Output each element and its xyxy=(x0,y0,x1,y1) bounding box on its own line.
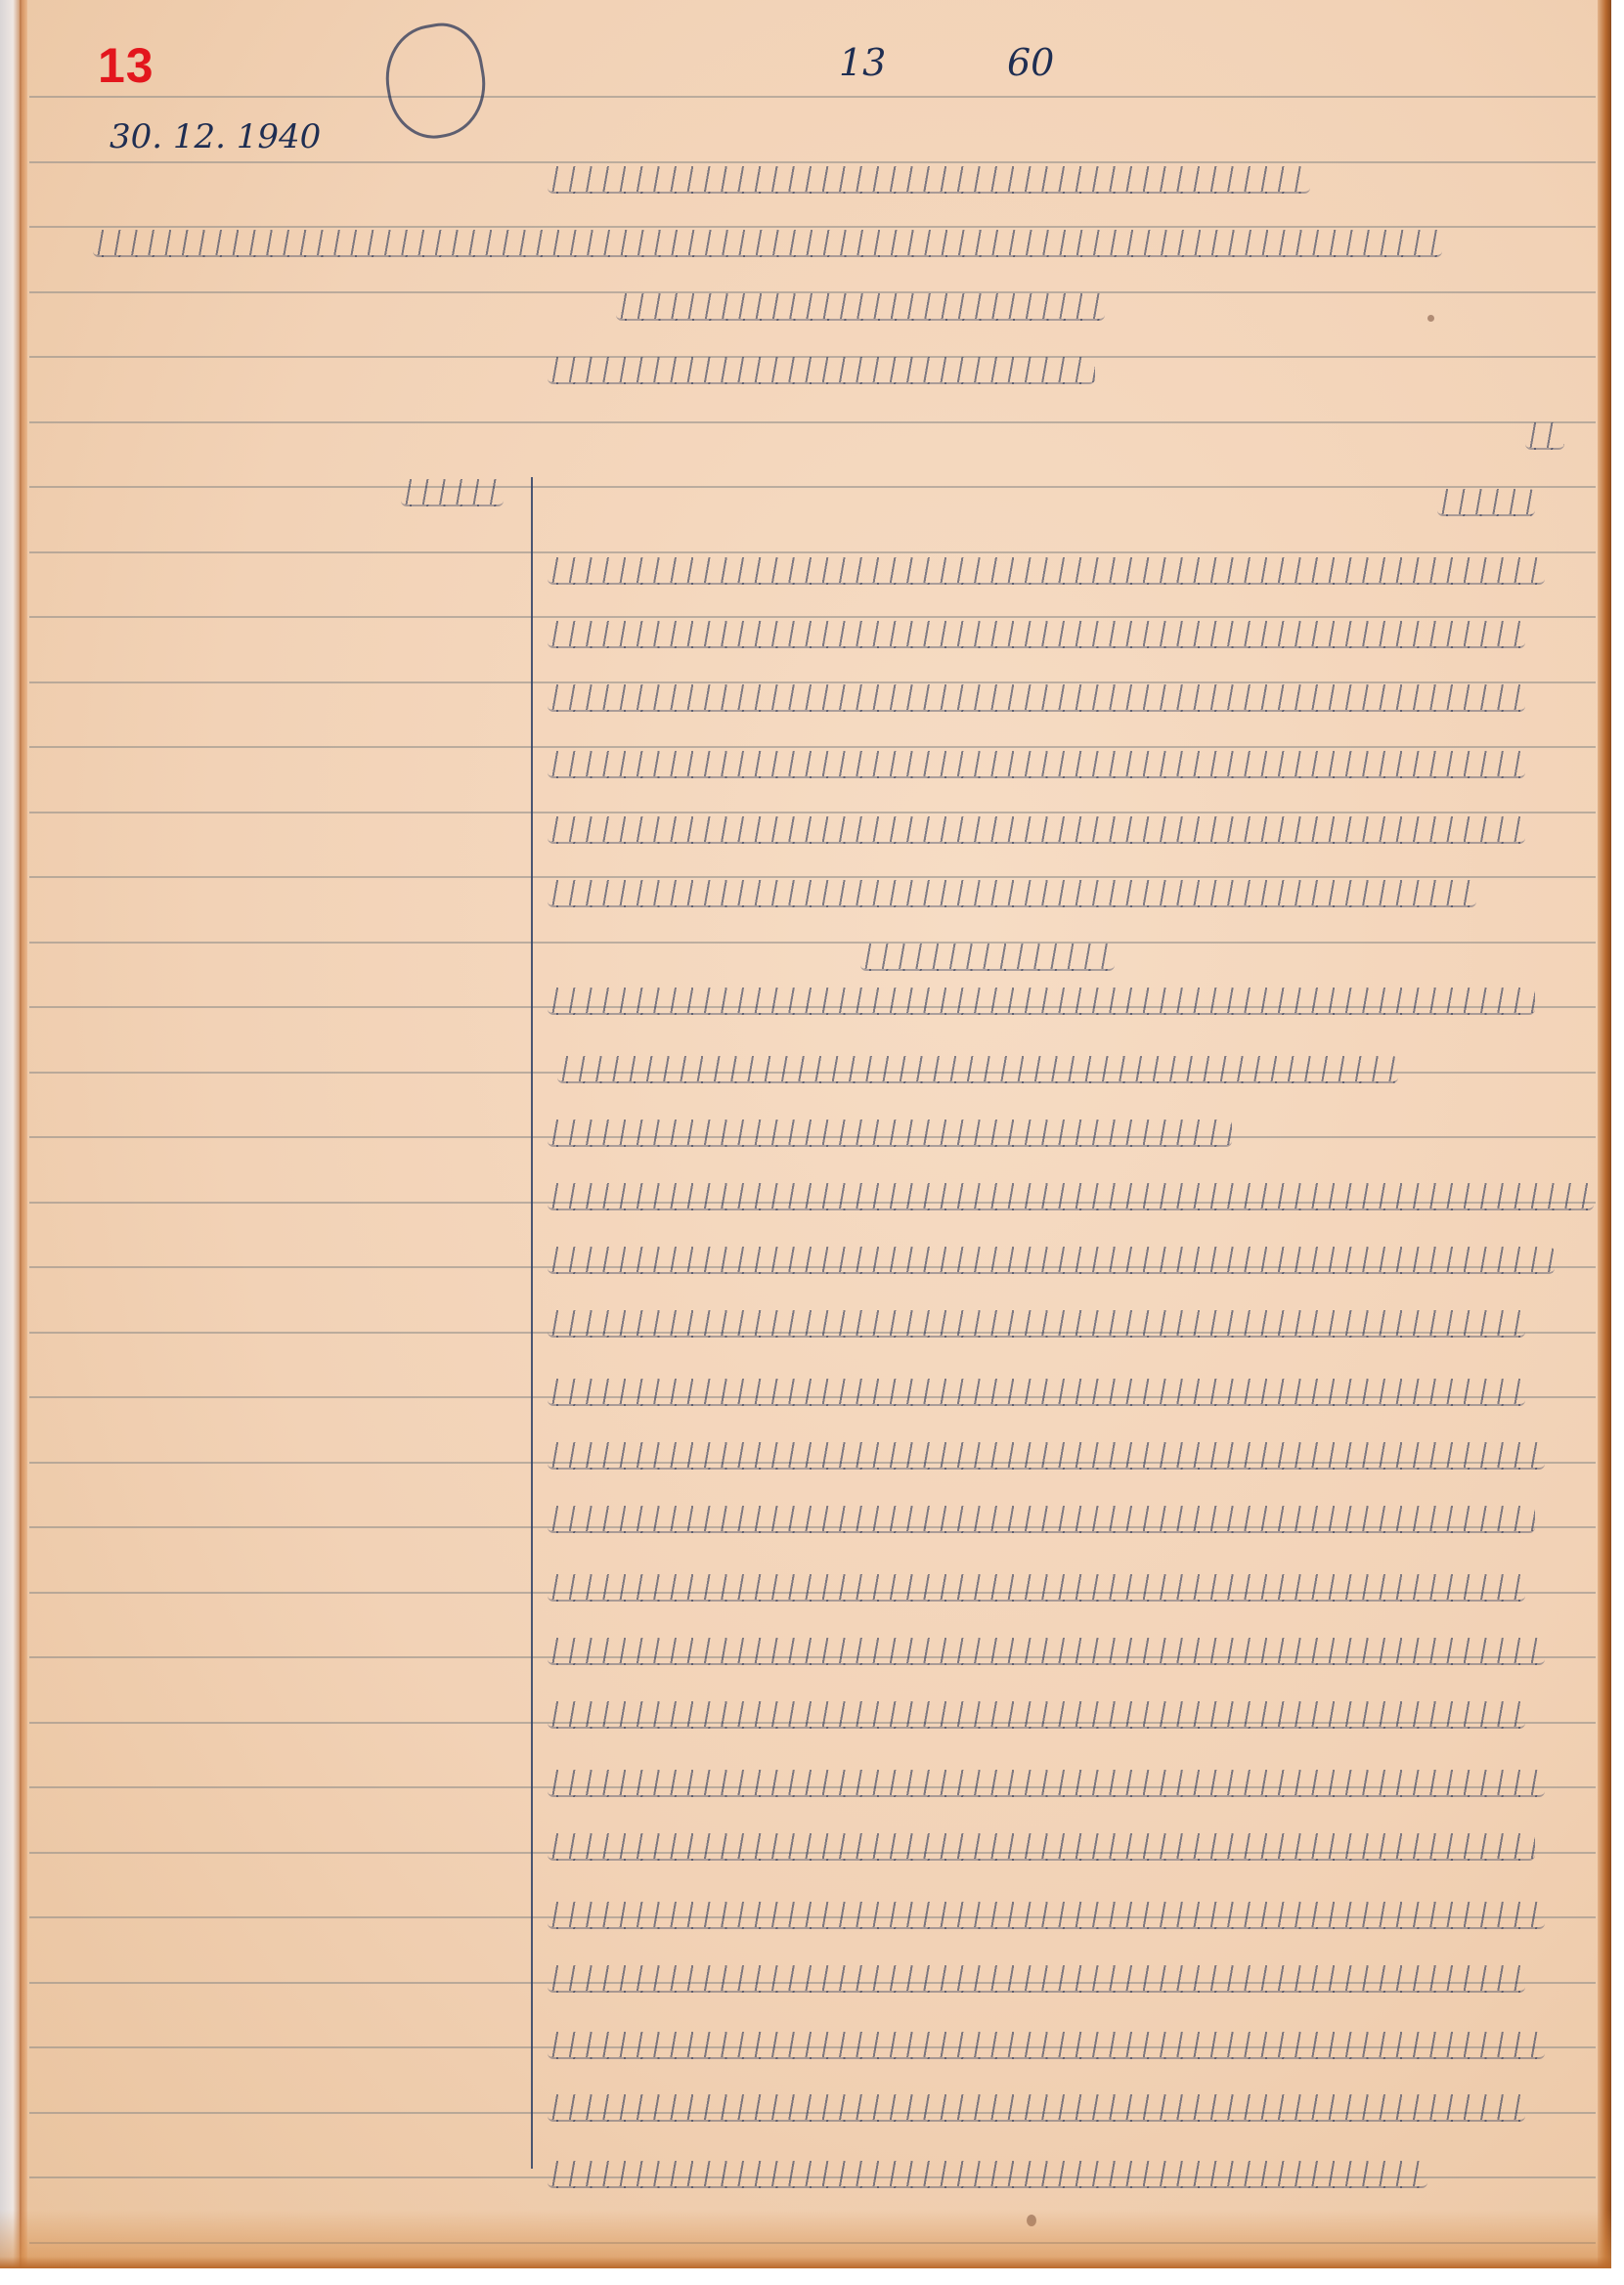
handwritten-line xyxy=(548,1247,1555,1274)
ruled-line xyxy=(29,942,1596,944)
ruled-line xyxy=(29,421,1596,423)
handwritten-line xyxy=(557,1056,1398,1083)
handwritten-line xyxy=(548,621,1525,648)
notebook-page: 13 30. 12. 1940 13 60 xyxy=(0,0,1611,2268)
page-number-stamp: 13 xyxy=(98,37,154,94)
handwritten-line xyxy=(548,988,1535,1015)
handwritten-line xyxy=(548,751,1525,778)
ruled-line xyxy=(29,746,1596,748)
handwritten-line xyxy=(548,1638,1545,1665)
handwritten-line xyxy=(548,880,1476,907)
ruled-line xyxy=(29,876,1596,878)
handwritten-line xyxy=(548,1120,1232,1147)
handwritten-line xyxy=(548,1833,1535,1861)
handwritten-line xyxy=(548,1506,1535,1533)
binding-strip xyxy=(20,0,27,2268)
date: 30. 12. 1940 xyxy=(110,117,321,156)
handwritten-line xyxy=(548,816,1525,844)
ruled-line xyxy=(29,96,1596,98)
page-right-edge xyxy=(1598,0,1611,2268)
ruled-line xyxy=(29,226,1596,228)
ruled-line xyxy=(29,486,1596,488)
handwritten-line xyxy=(548,557,1545,585)
handwritten-line xyxy=(548,684,1525,712)
header-number: 60 xyxy=(1007,41,1054,84)
margin-line xyxy=(531,477,533,2169)
handwritten-line xyxy=(548,1379,1525,1406)
handwritten-line xyxy=(548,2032,1545,2059)
handwritten-line xyxy=(616,293,1105,321)
handwritten-line xyxy=(548,1183,1594,1210)
ink-spot xyxy=(1427,315,1434,322)
handwritten-line xyxy=(548,1442,1545,1470)
ruled-line xyxy=(29,616,1596,618)
page-bottom-edge xyxy=(0,2210,1611,2268)
handwritten-line xyxy=(548,1902,1545,1929)
handwritten-line xyxy=(548,2094,1525,2122)
handwritten-line xyxy=(548,1965,1525,1993)
handwritten-line xyxy=(401,479,504,506)
header-flourish xyxy=(377,17,495,146)
ruled-line xyxy=(29,812,1596,813)
page-left-edge xyxy=(0,0,22,2268)
handwritten-line xyxy=(548,1701,1525,1729)
ruled-line xyxy=(29,161,1596,163)
handwritten-line xyxy=(1525,422,1564,450)
handwritten-line xyxy=(93,230,1442,257)
handwritten-line xyxy=(548,1310,1525,1338)
handwritten-line xyxy=(548,166,1310,194)
handwritten-line xyxy=(548,1574,1525,1602)
handwritten-line xyxy=(1437,489,1535,516)
handwritten-line xyxy=(548,357,1095,384)
meeting-number: 13 xyxy=(839,41,886,84)
ruled-line xyxy=(29,551,1596,553)
handwritten-line xyxy=(548,2161,1427,2188)
ruled-line xyxy=(29,681,1596,683)
handwritten-line xyxy=(548,1770,1545,1797)
handwritten-line xyxy=(860,944,1115,971)
